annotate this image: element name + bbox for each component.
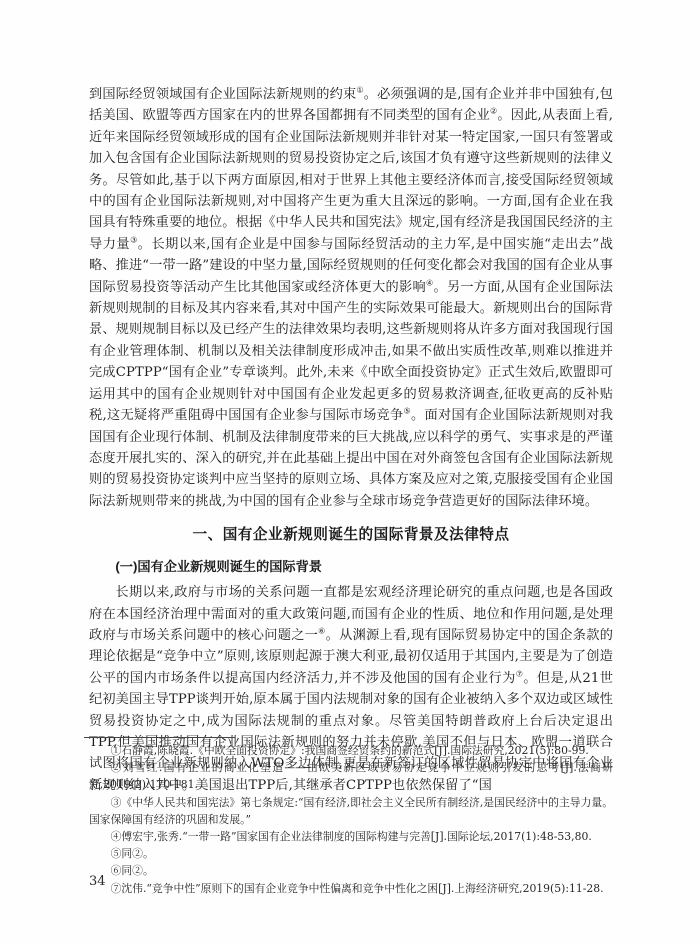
footnote-6: ⑥同②。 — [89, 862, 613, 879]
footnote-3: ③《中华人民共和国宪法》第七条规定:“国有经济,即社会主义全民所有制经济,是国民… — [89, 794, 613, 828]
page-number: 34 — [89, 874, 106, 889]
footnote-5: ⑤同②。 — [89, 845, 613, 862]
footnote-reference-mark: ① — [356, 86, 363, 95]
footnote-reference-mark: ⑥ — [318, 627, 325, 636]
footnote-4: ④傅宏宇,张秀.“一带一路”国家国有企业法律制度的国际构建与完善[J].国际论坛… — [89, 828, 613, 845]
footnotes-section: ①石静霞,陈晓霞.《中欧全面投资协定》:我国商签经贸条约的新范式[J].国际法研… — [89, 742, 613, 897]
footnote-reference-mark: ④ — [426, 278, 433, 287]
footnote-2: ②刘雪红.国有企业的商业化塑造——由欧美新区域贸易协定竞争中立规则引发的思考[J… — [89, 759, 613, 793]
footnote-7: ⑦沈伟.“竞争中性”原则下的国有企业竞争中性偏离和竞争中性化之困[J].上海经济… — [89, 880, 613, 897]
article-body: 到国际经贸领域国有企业国际法新规则的约束①。必须强调的是,国有企业并非中国独有,… — [89, 84, 613, 796]
section-heading: 一、国有企业新规则诞生的国际背景及法律特点 — [89, 523, 613, 544]
footnote-reference-mark: ⑦ — [516, 669, 524, 678]
footnote-separator — [84, 737, 235, 738]
footnote-1: ①石静霞,陈晓霞.《中欧全面投资协定》:我国商签经贸条约的新范式[J].国际法研… — [89, 742, 613, 759]
footnote-reference-mark: ③ — [130, 235, 138, 244]
footnote-reference-mark: ⑤ — [404, 407, 411, 416]
journal-page: 到国际经贸领域国有企业国际法新规则的约束①。必须强调的是,国有企业并非中国独有,… — [0, 0, 700, 943]
subsection-heading: (一)国有企业新规则诞生的国际背景 — [89, 556, 613, 575]
footnote-reference-mark: ② — [490, 107, 497, 116]
body-paragraph-1: 到国际经贸领域国有企业国际法新规则的约束①。必须强调的是,国有企业并非中国独有,… — [89, 84, 613, 512]
